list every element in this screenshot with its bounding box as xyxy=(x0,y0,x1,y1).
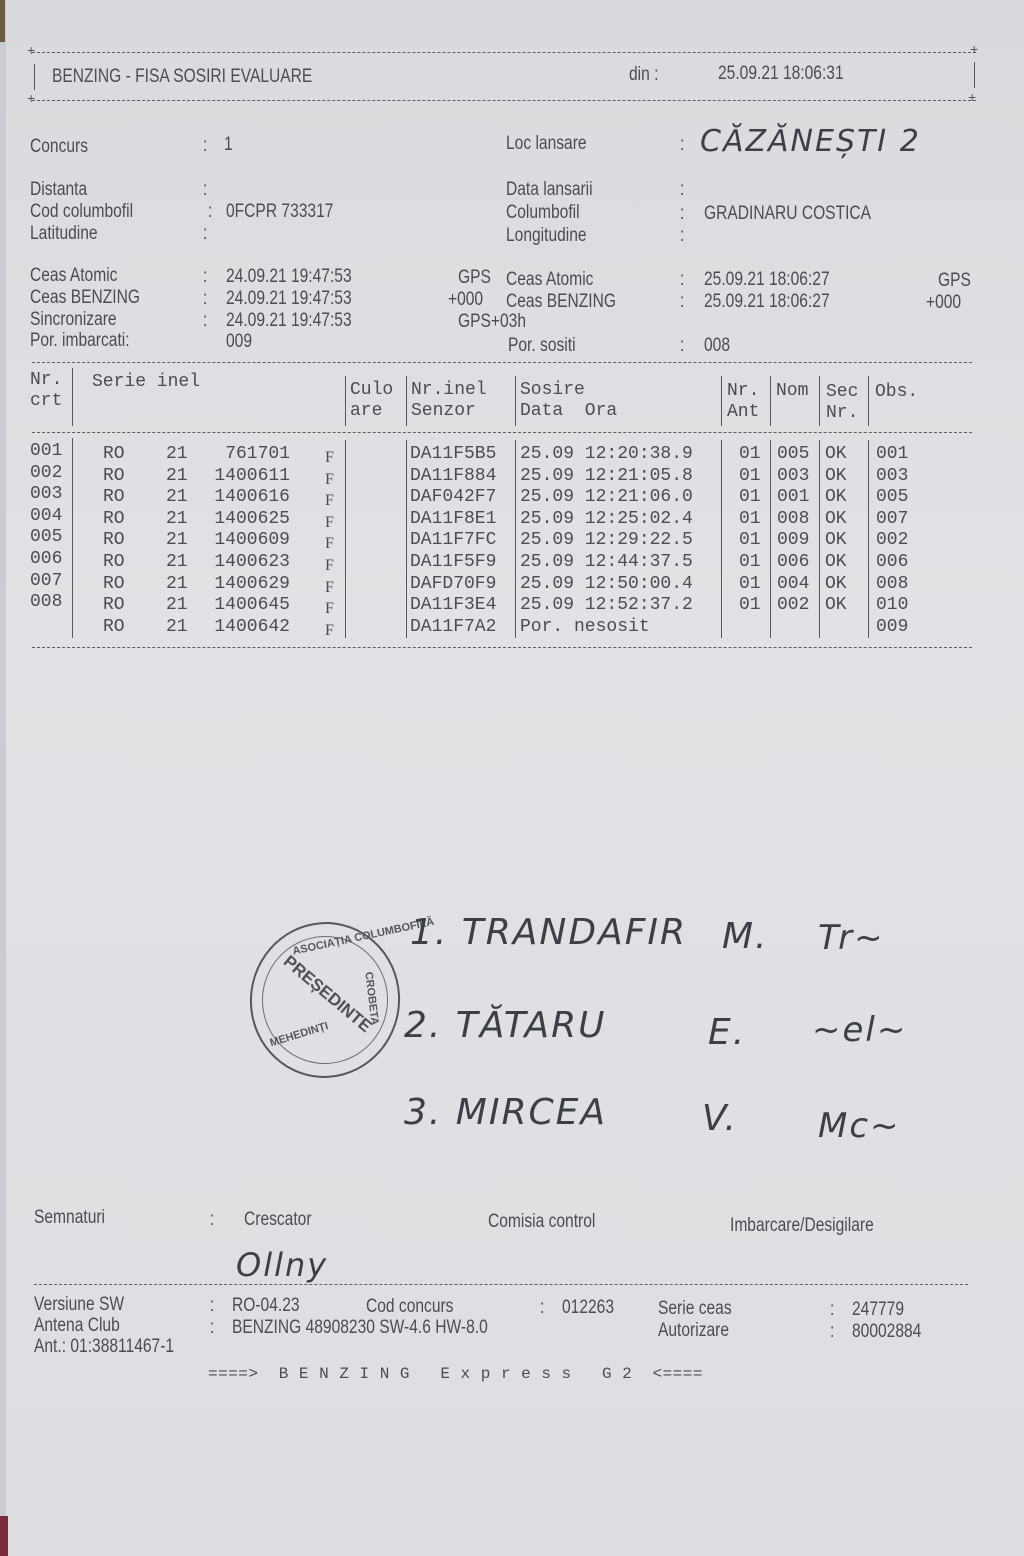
cell-sec-nr: OK xyxy=(825,466,847,487)
concurs-label: Concurs xyxy=(30,137,88,157)
cell-ring-number: 1400642 xyxy=(214,617,290,638)
imbarcare-desigilare-label: Imbarcare/Desigilare xyxy=(730,1216,874,1236)
column-divider xyxy=(868,440,869,638)
concurs-value: 1 xyxy=(224,135,233,155)
cell-year: 21 xyxy=(166,487,188,508)
column-divider xyxy=(345,440,346,638)
cell-year: 21 xyxy=(166,466,188,487)
background-edge xyxy=(0,0,5,42)
cell-sex: F xyxy=(325,490,334,511)
cell-sosire: 25.09 12:21:05.8 xyxy=(520,466,693,487)
corner-plus: + xyxy=(970,44,978,58)
cell-senzor: DA11F3E4 xyxy=(410,595,496,616)
cell-country: RO xyxy=(103,617,125,638)
cod-concurs-value: 012263 xyxy=(562,1298,614,1318)
header-nr-inel-senzor-line2: Senzor xyxy=(411,401,476,422)
cell-sec-nr: OK xyxy=(825,530,847,551)
cell-senzor: DAF042F7 xyxy=(410,487,496,508)
cell-sex: F xyxy=(325,512,334,533)
cell-country: RO xyxy=(103,552,125,573)
table-border-bottom xyxy=(32,647,972,648)
cell-sex: F xyxy=(325,555,334,576)
cell-senzor: DA11F5B5 xyxy=(410,444,496,465)
column-divider xyxy=(819,376,820,426)
cell-nr-crt: 004 xyxy=(30,506,62,527)
cell-country: RO xyxy=(103,509,125,530)
commission-member-name: 1. TRANDAFIR xyxy=(410,912,687,953)
cell-country: RO xyxy=(103,444,125,465)
cell-year: 21 xyxy=(166,552,188,573)
cell-sex: F xyxy=(325,469,334,490)
cell-sosire: Por. nesosit xyxy=(520,617,650,638)
serie-ceas-value: 247779 xyxy=(852,1300,904,1320)
cell-country: RO xyxy=(103,487,125,508)
separator: : xyxy=(680,226,684,246)
sincronizare-label: Sincronizare xyxy=(30,310,117,330)
header-border-right xyxy=(974,62,975,88)
cell-country: RO xyxy=(103,595,125,616)
header-culoare-line2: are xyxy=(350,401,382,422)
corner-plus: + xyxy=(27,93,35,107)
cell-nom: 005 xyxy=(777,444,809,465)
separator: : xyxy=(680,135,684,155)
antena-club-label: Antena Club xyxy=(34,1316,120,1336)
versiune-sw-label: Versiune SW xyxy=(34,1295,124,1315)
separator: : xyxy=(680,270,684,290)
commission-member-initial: E. xyxy=(708,1012,746,1053)
longitudine-label: Longitudine xyxy=(506,226,587,246)
corner-plus: + xyxy=(27,45,35,59)
cell-nr-crt: 002 xyxy=(30,463,62,484)
cell-nr-ant: 01 xyxy=(739,509,761,530)
brand-line: ====> B E N Z I N G E x p r e s s G 2 <=… xyxy=(208,1364,703,1384)
antena-club-value: BENZING 48908230 SW-4.6 HW-8.0 xyxy=(232,1318,488,1338)
cell-country: RO xyxy=(103,574,125,595)
ceas-benzing-end-label: Ceas BENZING xyxy=(506,292,616,312)
cell-year: 21 xyxy=(166,509,188,530)
ceas-atomic-end-suffix: GPS xyxy=(938,271,971,291)
cell-sex: F xyxy=(325,620,334,641)
cell-country: RO xyxy=(103,466,125,487)
cell-senzor: DA11F7FC xyxy=(410,530,496,551)
document-title: BENZING - FISA SOSIRI EVALUARE xyxy=(52,67,312,87)
crescator-label: Crescator xyxy=(244,1210,312,1230)
cell-ring-number: 1400611 xyxy=(214,466,290,487)
ceas-benzing-end-suffix: +000 xyxy=(926,293,961,313)
cell-obs: 002 xyxy=(876,530,908,551)
versiune-sw-value: RO-04.23 xyxy=(232,1296,300,1316)
separator: : xyxy=(680,336,684,356)
cell-obs: 009 xyxy=(876,617,908,638)
column-divider xyxy=(868,376,869,426)
column-divider xyxy=(515,440,516,638)
cod-columbofil-label: Cod columbofil xyxy=(30,202,133,222)
cell-nom: 006 xyxy=(777,552,809,573)
signature-line xyxy=(34,1284,968,1285)
comisia-control-label: Comisia control xyxy=(488,1212,595,1232)
header-sec-nr-line2: Nr. xyxy=(826,403,858,424)
commission-member-signature: Tr~ xyxy=(818,918,885,958)
header-border-bottom xyxy=(32,100,976,101)
loc-lansare-label: Loc lansare xyxy=(506,134,587,154)
header-culoare-line1: Culo xyxy=(350,380,393,401)
cell-ring-number: 1400609 xyxy=(214,530,290,551)
ceas-atomic-end-value: 25.09.21 18:06:27 xyxy=(704,270,830,290)
cell-nr-crt: 005 xyxy=(30,527,62,548)
cell-nom: 009 xyxy=(777,530,809,551)
cell-obs: 008 xyxy=(876,574,908,595)
cell-year: 21 xyxy=(166,595,188,616)
imbarcati-label: Por. imbarcati: xyxy=(30,331,130,351)
cell-sec-nr: OK xyxy=(825,509,847,530)
table-header-separator xyxy=(32,432,972,433)
cell-sec-nr: OK xyxy=(825,574,847,595)
cell-senzor: DA11F5F9 xyxy=(410,552,496,573)
cell-nr-crt: 006 xyxy=(30,549,62,570)
column-divider xyxy=(721,376,722,426)
header-nr-crt-line1: Nr. xyxy=(30,370,62,391)
cell-ring-number: 761701 xyxy=(225,444,290,465)
column-divider xyxy=(406,376,407,426)
distanta-label: Distanta xyxy=(30,180,87,200)
cell-obs: 005 xyxy=(876,487,908,508)
cell-ring-number: 1400645 xyxy=(214,595,290,616)
cell-nom: 002 xyxy=(777,595,809,616)
cell-nr-crt: 003 xyxy=(30,484,62,505)
print-date-value: 25.09.21 18:06:31 xyxy=(718,64,844,84)
separator: : xyxy=(203,311,207,331)
cell-sosire: 25.09 12:50:00.4 xyxy=(520,574,693,595)
columbofil-label: Columbofil xyxy=(506,203,580,223)
header-border-top xyxy=(32,52,976,53)
cell-obs: 001 xyxy=(876,444,908,465)
header-sosire-line2: Data Ora xyxy=(520,401,617,422)
ceas-benzing-end-value: 25.09.21 18:06:27 xyxy=(704,292,830,312)
cell-ring-number: 1400629 xyxy=(214,574,290,595)
cell-nr-crt: 001 xyxy=(30,441,62,462)
cell-nom: 003 xyxy=(777,466,809,487)
cell-year: 21 xyxy=(166,444,188,465)
cell-year: 21 xyxy=(166,530,188,551)
cell-sosire: 25.09 12:44:37.5 xyxy=(520,552,693,573)
cell-senzor: DA11F884 xyxy=(410,466,496,487)
cell-obs: 010 xyxy=(876,595,908,616)
cell-nr-ant: 01 xyxy=(739,595,761,616)
separator: : xyxy=(208,202,212,222)
column-divider xyxy=(721,440,722,638)
cell-obs: 007 xyxy=(876,509,908,530)
cell-sosire: 25.09 12:25:02.4 xyxy=(520,509,693,530)
latitudine-label: Latitudine xyxy=(30,224,98,244)
column-divider xyxy=(72,438,73,638)
corner-plus: + xyxy=(968,92,976,106)
ceas-benzing-start-label: Ceas BENZING xyxy=(30,288,140,308)
cell-nom: 001 xyxy=(777,487,809,508)
cell-sosire: 25.09 12:20:38.9 xyxy=(520,444,693,465)
cell-ring-number: 1400625 xyxy=(214,509,290,530)
separator: : xyxy=(540,1298,544,1318)
antenna-id: Ant.: 01:38811467-1 xyxy=(34,1337,174,1357)
separator: : xyxy=(203,224,207,244)
separator: : xyxy=(680,180,684,200)
cell-senzor: DA11F7A2 xyxy=(410,617,496,638)
separator: : xyxy=(203,180,207,200)
header-nr-crt-line2: crt xyxy=(30,391,62,412)
column-divider xyxy=(72,368,73,426)
cell-nr-ant: 01 xyxy=(739,552,761,573)
separator: : xyxy=(830,1322,834,1342)
cell-sex: F xyxy=(325,447,334,468)
ceas-atomic-start-value: 24.09.21 19:47:53 xyxy=(226,267,352,287)
cell-senzor: DA11F8E1 xyxy=(410,509,496,530)
column-divider xyxy=(406,440,407,638)
header-nr-ant-line2: Ant xyxy=(727,402,759,423)
header-sec-nr-line1: Sec xyxy=(826,382,858,403)
data-lansarii-label: Data lansarii xyxy=(506,180,593,200)
ceas-atomic-start-label: Ceas Atomic xyxy=(30,266,117,286)
commission-member-initial: M. xyxy=(722,916,769,957)
autorizare-label: Autorizare xyxy=(658,1321,729,1341)
cell-sec-nr: OK xyxy=(825,487,847,508)
header-serie-inel: Serie inel xyxy=(92,372,200,393)
cell-nr-ant: 01 xyxy=(739,487,761,508)
separator: : xyxy=(830,1300,834,1320)
commission-member-initial: V. xyxy=(702,1098,738,1139)
cell-sex: F xyxy=(325,533,334,554)
cell-ring-number: 1400623 xyxy=(214,552,290,573)
separator: : xyxy=(680,204,684,224)
cell-sex: F xyxy=(325,598,334,619)
separator: : xyxy=(210,1210,214,1230)
commission-member-name: 3. MIRCEA xyxy=(404,1092,607,1133)
cell-sex: F xyxy=(325,577,334,598)
cell-senzor: DAFD70F9 xyxy=(410,574,496,595)
header-nom: Nom xyxy=(776,381,808,402)
cell-nr-ant: 01 xyxy=(739,466,761,487)
cell-sosire: 25.09 12:29:22.5 xyxy=(520,530,693,551)
header-border-left xyxy=(34,64,35,90)
cell-nr-ant: 01 xyxy=(739,574,761,595)
sositi-value: 008 xyxy=(704,336,730,356)
commission-member-signature: ~el~ xyxy=(812,1010,907,1050)
cod-concurs-label: Cod concurs xyxy=(366,1297,453,1317)
separator: : xyxy=(203,136,207,156)
ceas-atomic-start-suffix: GPS xyxy=(458,268,491,288)
cell-sec-nr: OK xyxy=(825,444,847,465)
ceas-benzing-start-value: 24.09.21 19:47:53 xyxy=(226,289,352,309)
cell-ring-number: 1400616 xyxy=(214,487,290,508)
cell-sec-nr: OK xyxy=(825,595,847,616)
cell-nom: 004 xyxy=(777,574,809,595)
imbarcati-value: 009 xyxy=(226,332,252,352)
columbofil-value: GRADINARU COSTICA xyxy=(704,204,871,224)
loc-lansare-handwritten-value: CĂZĂNEȘTI 2 xyxy=(700,124,921,159)
header-nr-ant-line1: Nr. xyxy=(727,381,759,402)
cell-year: 21 xyxy=(166,617,188,638)
column-divider xyxy=(819,440,820,638)
cell-year: 21 xyxy=(166,574,188,595)
cell-nr-ant: 01 xyxy=(739,530,761,551)
cell-nr-ant: 01 xyxy=(739,444,761,465)
commission-member-signature: Mc~ xyxy=(818,1106,901,1146)
sincronizare-value: 24.09.21 19:47:53 xyxy=(226,311,352,331)
serie-ceas-label: Serie ceas xyxy=(658,1299,732,1319)
column-divider xyxy=(770,376,771,426)
cell-sec-nr: OK xyxy=(825,552,847,573)
column-divider xyxy=(770,440,771,638)
autorizare-value: 80002884 xyxy=(852,1322,921,1342)
sositi-label: Por. sositi xyxy=(508,336,576,356)
header-nr-inel-senzor-line1: Nr.inel xyxy=(411,380,487,401)
column-divider xyxy=(515,376,516,426)
cell-obs: 006 xyxy=(876,552,908,573)
cod-columbofil-value: 0FCPR 733317 xyxy=(226,202,333,222)
table-border-top xyxy=(32,362,972,363)
semnaturi-label: Semnaturi xyxy=(34,1208,105,1228)
crescator-signature: Ollny xyxy=(236,1246,328,1284)
cell-sosire: 25.09 12:52:37.2 xyxy=(520,595,693,616)
cell-country: RO xyxy=(103,530,125,551)
separator: : xyxy=(203,289,207,309)
separator: : xyxy=(680,292,684,312)
background-edge xyxy=(0,1516,8,1556)
separator: : xyxy=(203,267,207,287)
cell-nr-crt: 008 xyxy=(30,592,62,613)
column-divider xyxy=(345,376,346,426)
header-sosire-line1: Sosire xyxy=(520,380,585,401)
ceas-benzing-start-suffix: +000 xyxy=(448,290,483,310)
commission-member-name: 2. TĂTARU xyxy=(404,1005,606,1046)
ceas-atomic-end-label: Ceas Atomic xyxy=(506,270,593,290)
header-obs: Obs. xyxy=(875,382,918,403)
cell-nr-crt: 007 xyxy=(30,571,62,592)
separator: : xyxy=(210,1296,214,1316)
print-date-label: din : xyxy=(629,65,658,85)
cell-obs: 003 xyxy=(876,466,908,487)
separator: : xyxy=(210,1318,214,1338)
cell-nom: 008 xyxy=(777,509,809,530)
cell-sosire: 25.09 12:21:06.0 xyxy=(520,487,693,508)
sincronizare-suffix: GPS+03h xyxy=(458,312,526,332)
